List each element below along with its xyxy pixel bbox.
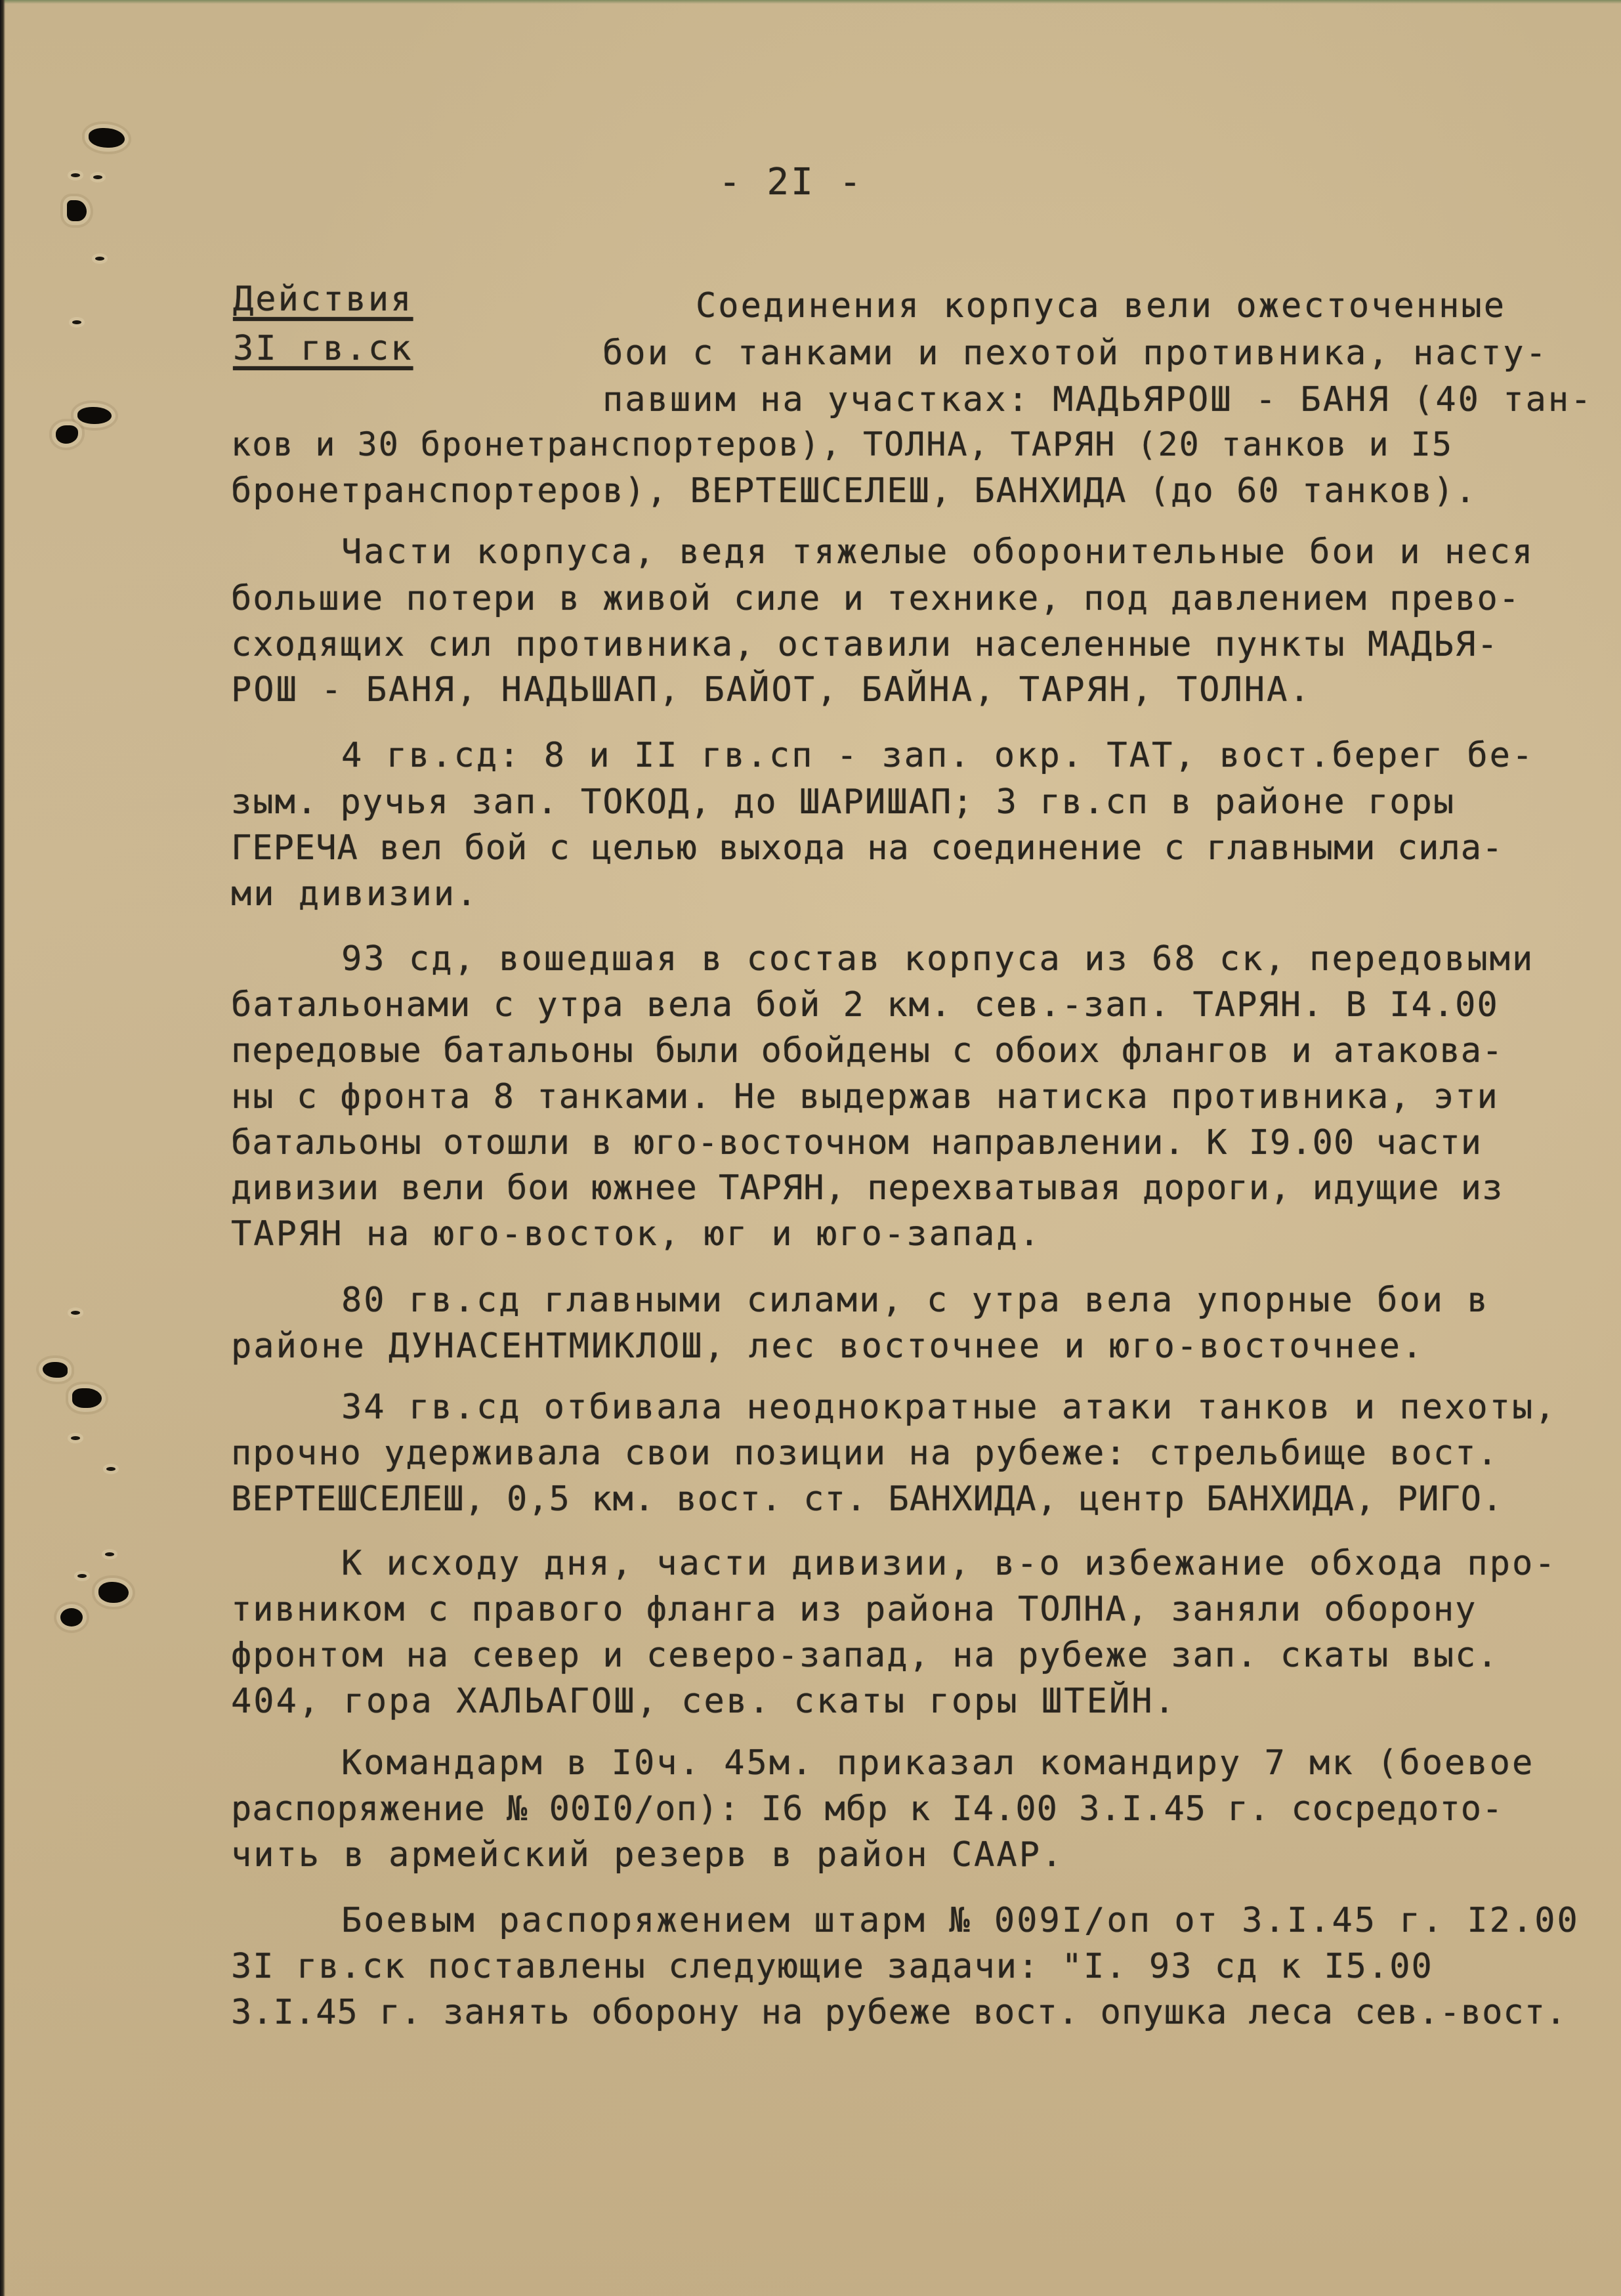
text-line: районе ДУНАСЕНТМИКЛОШ, лес восточнее и ю… <box>231 1329 1424 1363</box>
text-line: ков и 30 бронетранспортеров), ТОЛНА, ТАР… <box>231 428 1453 461</box>
text-line: чить в армейский резерв в район СААР. <box>231 1838 1064 1872</box>
text-line: зым. ручья зап. ТОКОД, до ШАРИШАП; 3 гв.… <box>231 785 1455 819</box>
text-line: тивником с правого фланга из района ТОЛН… <box>231 1592 1477 1626</box>
text-line: батальоны отошли в юго-восточном направл… <box>231 1126 1482 1160</box>
text-line: ны с фронта 8 танками. Не выдержав натис… <box>231 1080 1499 1114</box>
punch-hole-icon <box>67 200 87 221</box>
text-line: 4 гв.сд: 8 и II гв.сп - зап. окр. ТАТ, в… <box>341 738 1534 773</box>
pin-prick-icon <box>71 1436 80 1440</box>
text-line: ТАРЯН на юго-восток, юг и юго-запад. <box>231 1217 1042 1251</box>
margin-heading-line2: 3I гв.ск <box>233 331 413 366</box>
punch-hole-icon <box>60 1608 83 1626</box>
pin-prick-icon <box>71 1311 80 1315</box>
punch-hole-icon <box>89 128 125 148</box>
text-line: Соединения корпуса вели ожесточенные <box>696 289 1506 323</box>
text-line: прочно удерживала свои позиции на рубеже… <box>231 1436 1499 1470</box>
text-line: бои с танками и пехотой противника, наст… <box>602 336 1548 370</box>
punch-hole-icon <box>56 425 78 444</box>
text-line: Части корпуса, ведя тяжелые оборонительн… <box>341 535 1534 569</box>
text-line: передовые батальоны были обойдены с обои… <box>231 1034 1503 1068</box>
text-line: распоряжение № 00I0/оп): I6 мбр к I4.00 … <box>231 1792 1503 1826</box>
text-line: ГЕРЕЧА вел бой с целью выхода на соедине… <box>231 831 1503 865</box>
text-line: РОШ - БАНЯ, НАДЬШАП, БАЙОТ, БАЙНА, ТАРЯН… <box>231 673 1312 707</box>
text-line: бронетранспортеров), ВЕРТЕШСЕЛЕШ, БАНХИД… <box>231 474 1477 508</box>
scan-edge-left <box>0 0 5 2296</box>
pin-prick-icon <box>93 175 102 179</box>
text-line: ВЕРТЕШСЕЛЕШ, 0,5 км. вост. ст. БАНХИДА, … <box>231 1482 1503 1516</box>
text-line: 3I гв.ск поставлены следующие задачи: "I… <box>231 1949 1433 1984</box>
text-line: ми дивизии. <box>231 877 478 911</box>
text-line: батальонами с утра вела бой 2 км. сев.-з… <box>231 988 1499 1022</box>
pin-prick-icon <box>106 1467 116 1471</box>
scan-edge-top <box>0 0 1621 4</box>
text-line: 93 сд, вошедшая в состав корпуса из 68 с… <box>341 942 1534 976</box>
text-line: 404, гора ХАЛЬАГОШ, сев. скаты горы ШТЕЙ… <box>231 1684 1177 1718</box>
text-line: К исходу дня, части дивизии, в-о избежан… <box>341 1546 1557 1581</box>
pin-prick-icon <box>77 1574 87 1578</box>
text-line: 34 гв.сд отбивала неоднократные атаки та… <box>341 1390 1557 1424</box>
text-line: 80 гв.сд главными силами, с утра вела уп… <box>341 1283 1490 1317</box>
punch-hole-icon <box>43 1362 68 1378</box>
pin-prick-icon <box>105 1552 114 1556</box>
punch-hole-icon <box>77 407 112 424</box>
pin-prick-icon <box>72 320 81 324</box>
text-line: Командарм в I0ч. 45м. приказал командиру… <box>341 1746 1534 1780</box>
text-line: дивизии вели бои южнее ТАРЯН, перехватыв… <box>231 1171 1503 1205</box>
pin-prick-icon <box>95 257 104 261</box>
punch-hole-icon <box>98 1582 129 1603</box>
text-line: Боевым распоряжением штарм № 009I/оп от … <box>341 1903 1580 1938</box>
pin-prick-icon <box>71 173 80 177</box>
margin-heading-line1: Действия <box>233 282 413 316</box>
punch-hole-icon <box>72 1388 102 1408</box>
text-line: сходящих сил противника, оставили населе… <box>231 627 1499 662</box>
text-line: фронтом на север и северо-запад, на рубе… <box>231 1638 1499 1672</box>
text-line: павшим на участках: МАДЬЯРОШ - БАНЯ (40 … <box>602 383 1593 417</box>
page-number: - 2I - <box>719 164 863 201</box>
text-line: 3.I.45 г. занять оборону на рубеже вост.… <box>231 1995 1567 2030</box>
text-line: большие потери в живой силе и технике, п… <box>231 582 1521 616</box>
document-page: - 2I - Действия 3I гв.ск Соединения корп… <box>0 0 1621 2296</box>
